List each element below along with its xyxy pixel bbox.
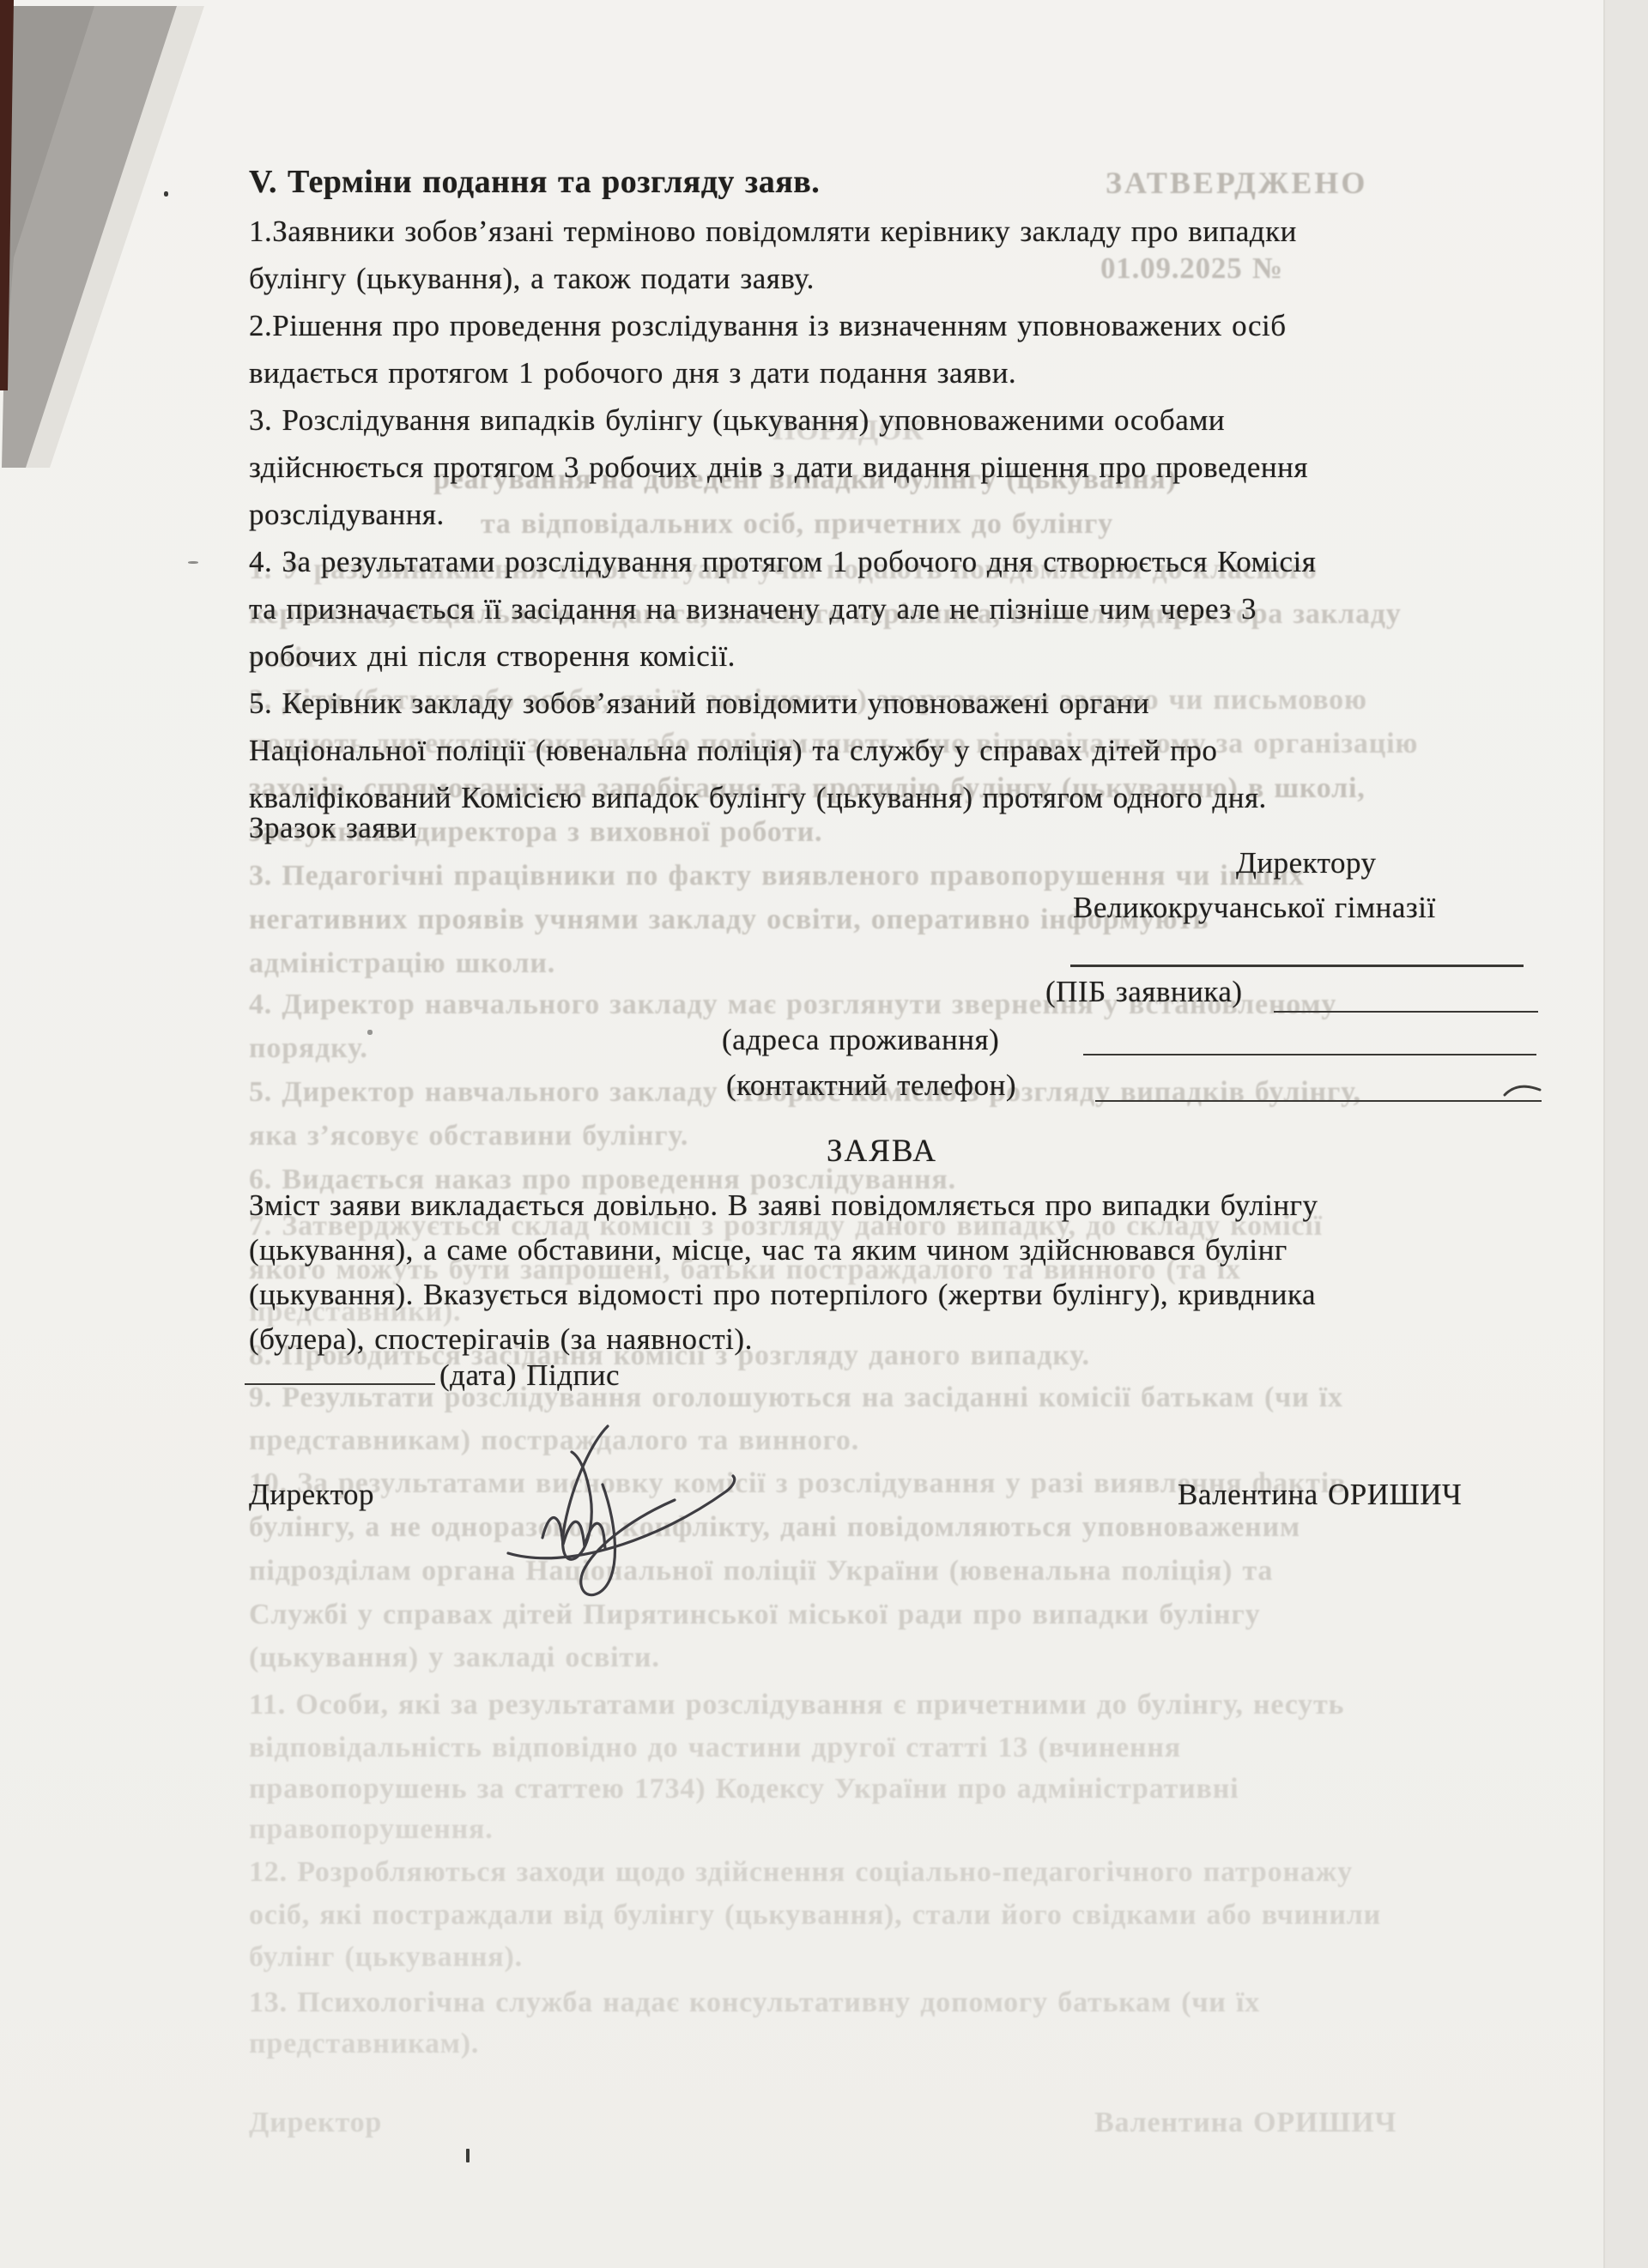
document-text-line: Національної поліції (ювенальна поліція)… bbox=[249, 734, 1217, 768]
ink-speck bbox=[164, 191, 168, 197]
document-text-line: робочих дні після створення комісії. bbox=[249, 639, 736, 674]
document-text-line: Зміст заяви викладається довільно. В зая… bbox=[249, 1188, 1318, 1223]
document-text-line: 2.Рішення про проведення розслідування і… bbox=[249, 309, 1287, 343]
ink-speck bbox=[367, 1030, 373, 1035]
document-text-line: 5. Керівник закладу зобов’язаний повідом… bbox=[249, 686, 1149, 721]
document-text-line: кваліфікований Комісією випадок булінгу … bbox=[249, 781, 1267, 815]
document-text-line: та призначається її засідання на визначе… bbox=[249, 592, 1257, 626]
document-text-line: 3. Розслідування випадків булінгу (цькув… bbox=[249, 403, 1225, 438]
ink-speck bbox=[188, 561, 198, 564]
ink-speck bbox=[466, 2149, 470, 2162]
document-text-line: здійснюється протягом 3 робочих днів з д… bbox=[249, 451, 1308, 485]
document-text-line: (цькування). Вказується відомості про по… bbox=[249, 1278, 1316, 1312]
document-text-line: V. Терміни подання та розгляду заяв. bbox=[249, 163, 820, 201]
document-text-line: (цькування), а саме обставини, місце, ча… bbox=[249, 1233, 1287, 1267]
blank-line-above-applicant-name bbox=[1070, 965, 1524, 967]
blank-line-phone bbox=[1095, 1100, 1542, 1102]
document-text-line: ЗАЯВА bbox=[827, 1133, 937, 1170]
document-text-line: розслідування. bbox=[249, 498, 445, 532]
scanner-background-right-edge bbox=[1603, 0, 1648, 2268]
document-text-line: Валентина ОРИШИЧ bbox=[1178, 1478, 1462, 1512]
document-text-line: (булера), спостерігачів (за наявності). bbox=[249, 1322, 753, 1357]
blank-line-date bbox=[245, 1383, 435, 1385]
document-text-line: (контактний телефон) bbox=[726, 1068, 1016, 1103]
blank-line-address bbox=[1083, 1054, 1536, 1055]
document-text-line: 1.Заявники зобов’язані терміново повідом… bbox=[249, 215, 1297, 249]
document-text-line: Директор bbox=[249, 1478, 374, 1512]
stray-pen-mark bbox=[1502, 1080, 1543, 1098]
document-text-line: Зразок заяви bbox=[249, 811, 417, 845]
document-text-line: (адреса проживання) bbox=[722, 1023, 999, 1057]
document-text-line: Великокручанської гімназії bbox=[1073, 891, 1436, 925]
blank-line-applicant-name bbox=[1274, 1011, 1538, 1013]
document-text-layer: V. Терміни подання та розгляду заяв.1.За… bbox=[0, 0, 1648, 2268]
page-corner-scan-artifact bbox=[0, 0, 223, 481]
document-text-line: Директору bbox=[1236, 846, 1377, 880]
document-text-line: 4. За результатами розслідування протяго… bbox=[249, 545, 1316, 579]
document-text-line: (ПІБ заявника) bbox=[1045, 975, 1243, 1009]
director-signature bbox=[463, 1407, 772, 1613]
document-text-line: видається протягом 1 робочого дня з дати… bbox=[249, 356, 1016, 390]
document-text-line: (дата) Підпис bbox=[439, 1358, 620, 1393]
scanned-document-page: ЗАТВЕРДЖЕНО01.09.2025 №ПОРЯДОКреагування… bbox=[0, 0, 1648, 2268]
document-text-line: булінгу (цькування), а також подати заяв… bbox=[249, 262, 815, 296]
